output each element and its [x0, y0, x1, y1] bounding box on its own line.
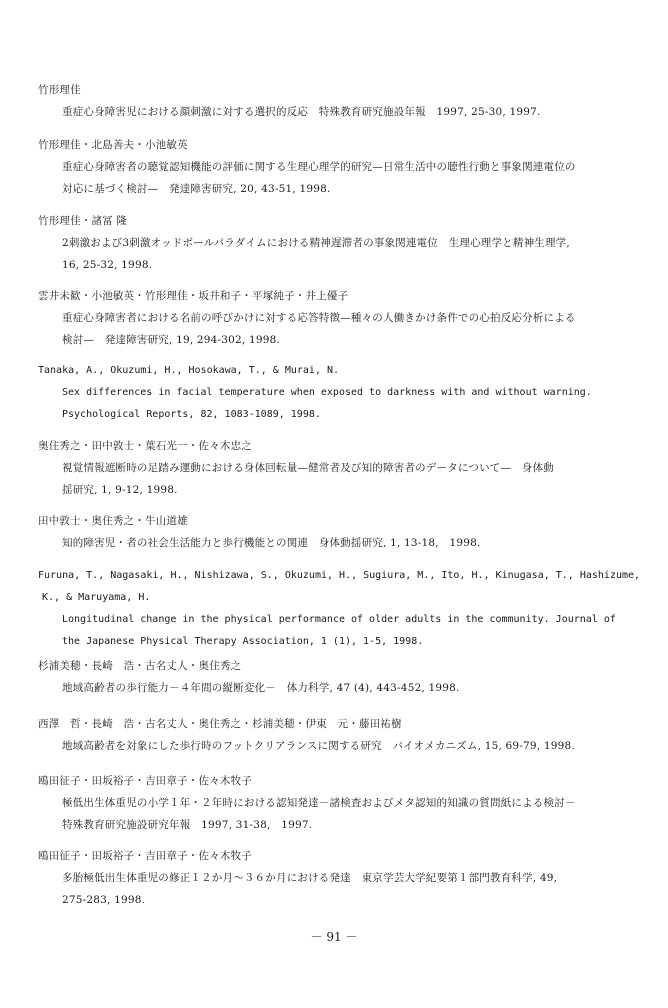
reference-authors-continued: K., & Maruyama, H. — [38, 587, 658, 609]
reference-authors: 雲井未歓・小池敏英・竹形理佳・坂井和子・平塚純子・井上優子 — [38, 285, 658, 307]
reference-citation-line: 極低出生体重児の小学１年・２年時における認知発達－諸検査およびメタ認知的知識の質… — [38, 792, 658, 814]
reference-entry: 西澤 哲・長崎 浩・古名丈人・奥住秀之・杉浦美穂・伊東 元・藤田祐樹 地域高齢者… — [38, 713, 658, 757]
reference-citation-line: 知的障害児・者の社会生活能力と歩行機能との関連 身体動揺研究, 1, 13-18… — [38, 532, 658, 554]
reference-citation-line: 275-283, 1998. — [38, 889, 658, 911]
reference-entry: Tanaka, A., Okuzumi, H., Hosokawa, T., &… — [38, 360, 658, 426]
reference-citation-line: the Japanese Physical Therapy Associatio… — [38, 631, 658, 653]
reference-entry: 竹形理佳 重症心身障害児における顔刺激に対する選択的反応 特殊教育研究施設年報 … — [38, 79, 658, 123]
reference-entry: 奥住秀之・田中敦士・葉石光一・佐々木忠之 視覚情報遮断時の足踏み運動における身体… — [38, 435, 658, 501]
reference-authors: 鴎田征子・田坂裕子・吉田章子・佐々木牧子 — [38, 770, 658, 792]
reference-citation-line: 重症心身障害児における顔刺激に対する選択的反応 特殊教育研究施設年報 1997,… — [38, 101, 658, 123]
reference-citation-line: 地域高齢者の歩行能力－４年間の縦断変化－ 体力科学, 47 (4), 443-4… — [38, 677, 658, 699]
reference-citation-line: 地域高齢者を対象にした歩行時のフットクリアランスに関する研究 バイオメカニズム,… — [38, 735, 658, 757]
reference-citation-line: 揺研究, 1, 9-12, 1998. — [38, 479, 658, 501]
reference-citation-line: 特殊教育研究施設研究年報 1997, 31-38, 1997. — [38, 814, 658, 836]
reference-citation-line: Longitudinal change in the physical perf… — [38, 609, 658, 631]
reference-authors: Furuna, T., Nagasaki, H., Nishizawa, S.,… — [38, 565, 658, 587]
reference-citation-line: 2刺激および3刺激オッドボールパラダイムにおける精神遅滞者の事象関連電位 生理心… — [38, 232, 658, 254]
reference-citation-line: 重症心身障害者の聴覚認知機能の評価に関する生理心理学的研究—日常生活中の聴性行動… — [38, 156, 658, 178]
reference-citation-line: 視覚情報遮断時の足踏み運動における身体回転量—健常者及び知的障害者のデータについ… — [38, 457, 658, 479]
reference-entry: 竹形理佳・諸冨 隆 2刺激および3刺激オッドボールパラダイムにおける精神遅滞者の… — [38, 210, 658, 276]
reference-entry: 鴎田征子・田坂裕子・吉田章子・佐々木牧子 極低出生体重児の小学１年・２年時におけ… — [38, 770, 658, 836]
reference-authors: 鴎田征子・田坂裕子・吉田章子・佐々木牧子 — [38, 845, 658, 867]
reference-entry: 田中敦士・奥住秀之・牛山道雄 知的障害児・者の社会生活能力と歩行機能との関連 身… — [38, 510, 658, 554]
reference-entry: 竹形理佳・北島善夫・小池敏英 重症心身障害者の聴覚認知機能の評価に関する生理心理… — [38, 134, 658, 200]
reference-citation-line: 重症心身障害者における名前の呼びかけに対する応答特徴—種々の人働きかけ条件での心… — [38, 307, 658, 329]
reference-entry: 鴎田征子・田坂裕子・吉田章子・佐々木牧子 多胎極低出生体重児の修正１２か月～３６… — [38, 845, 658, 911]
reference-entry: 雲井未歓・小池敏英・竹形理佳・坂井和子・平塚純子・井上優子 重症心身障害者におけ… — [38, 285, 658, 351]
reference-citation-line: 検討— 発達障害研究, 19, 294-302, 1998. — [38, 329, 658, 351]
reference-entry: 杉浦美穂・長崎 浩・古名丈人・奥住秀之 地域高齢者の歩行能力－４年間の縦断変化－… — [38, 655, 658, 699]
reference-authors: Tanaka, A., Okuzumi, H., Hosokawa, T., &… — [38, 360, 658, 382]
reference-authors: 奥住秀之・田中敦士・葉石光一・佐々木忠之 — [38, 435, 658, 457]
reference-authors: 竹形理佳・北島善夫・小池敏英 — [38, 134, 658, 156]
reference-entry: Furuna, T., Nagasaki, H., Nishizawa, S.,… — [38, 565, 658, 653]
reference-citation-line: 多胎極低出生体重児の修正１２か月～３６か月における発達 東京学芸大学紀要第１部門… — [38, 867, 658, 889]
reference-citation-line: Sex differences in facial temperature wh… — [38, 382, 658, 404]
reference-authors: 竹形理佳 — [38, 79, 658, 101]
reference-citation-line: 対応に基づく検討— 発達障害研究, 20, 43-51, 1998. — [38, 178, 658, 200]
reference-authors: 西澤 哲・長崎 浩・古名丈人・奥住秀之・杉浦美穂・伊東 元・藤田祐樹 — [38, 713, 658, 735]
reference-authors: 杉浦美穂・長崎 浩・古名丈人・奥住秀之 — [38, 655, 658, 677]
reference-authors: 竹形理佳・諸冨 隆 — [38, 210, 658, 232]
reference-authors: 田中敦士・奥住秀之・牛山道雄 — [38, 510, 658, 532]
page-number: － 91 － — [0, 928, 668, 945]
reference-citation-line: Psychological Reports, 82, 1083-1089, 19… — [38, 404, 658, 426]
reference-citation-line: 16, 25-32, 1998. — [38, 254, 658, 276]
